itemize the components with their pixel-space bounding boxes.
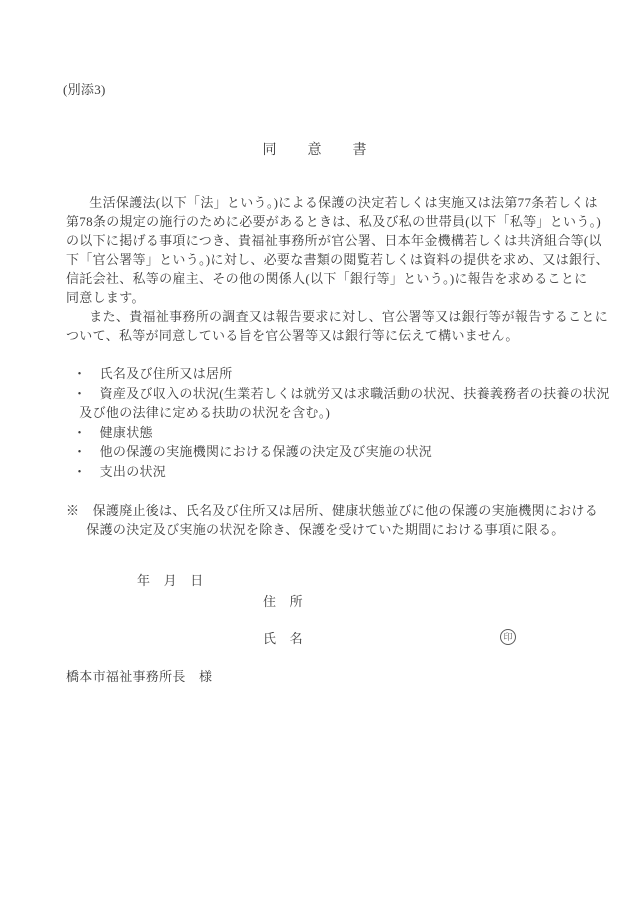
- address-label: 住 所: [263, 592, 303, 611]
- note-line: 保護の決定及び実施の状況を除き、保護を受けていた期間における事項に限る。: [66, 520, 566, 539]
- consent-paragraph-line: 同意します。: [66, 288, 566, 307]
- consent-form-page: (別添3) 同 意 書 生活保護法(以下「法」という。)による保護の決定若しくは…: [0, 0, 630, 915]
- disclosure-item-wrap: 及び他の法律に定める扶助の状況を含む。): [66, 403, 566, 423]
- addressee: 橋本市福祉事務所長 様: [66, 667, 212, 686]
- consent-paragraph-line: ついて、私等が同意している旨を官公署等又は銀行等に伝えて構いません。: [66, 326, 566, 345]
- disclosure-item: ・ 他の保護の実施機関における保護の決定及び実施の状況: [66, 442, 566, 462]
- date-field: 年 月 日: [137, 571, 204, 590]
- postscript-note: ※ 保護廃止後は、氏名及び住所又は居所、健康状態並びに他の保護の実施機関における…: [66, 501, 566, 539]
- consent-paragraph-line: また、貴福祉事務所の調査又は報告要求に対し、官公署等又は銀行等が報告することに: [66, 307, 566, 326]
- consent-paragraph-line: 下「官公署等」という。)に対し、必要な書類の閲覧若しくは資料の提供を求め、又は銀…: [66, 250, 566, 269]
- disclosure-item: ・ 支出の状況: [66, 462, 566, 482]
- disclosure-item: ・ 健康状態: [66, 423, 566, 443]
- consent-paragraph-line: 第78条の規定の施行のために必要があるときは、私及び私の世帯員(以下「私等」とい…: [66, 212, 566, 231]
- form-title: 同 意 書: [0, 139, 630, 159]
- consent-paragraph-line: 信託会社、私等の雇主、その他の関係人(以下「銀行等」という。)に報告を求めること…: [66, 269, 566, 288]
- consent-paragraph-line: 生活保護法(以下「法」という。)による保護の決定若しくは実施又は法第77条若しく…: [66, 193, 566, 212]
- attachment-label: (別添3): [63, 82, 106, 98]
- note-line: ※ 保護廃止後は、氏名及び住所又は居所、健康状態並びに他の保護の実施機関における: [66, 501, 566, 520]
- disclosure-item: ・ 資産及び収入の状況(生業若しくは就労又は求職活動の状況、扶養義務者の扶養の状…: [66, 384, 566, 404]
- consent-paragraph-line: の以下に掲げる事項につき、貴福祉事務所が官公署、日本年金機構若しくは共済組合等(…: [66, 231, 566, 250]
- name-label: 氏 名: [263, 629, 303, 648]
- disclosure-item: ・ 氏名及び住所又は居所: [66, 364, 566, 384]
- inkan-seal-icon: 印: [500, 629, 516, 645]
- consent-body: 生活保護法(以下「法」という。)による保護の決定若しくは実施又は法第77条若しく…: [66, 193, 566, 345]
- disclosure-items-list: ・ 氏名及び住所又は居所 ・ 資産及び収入の状況(生業若しくは就労又は求職活動の…: [66, 364, 566, 481]
